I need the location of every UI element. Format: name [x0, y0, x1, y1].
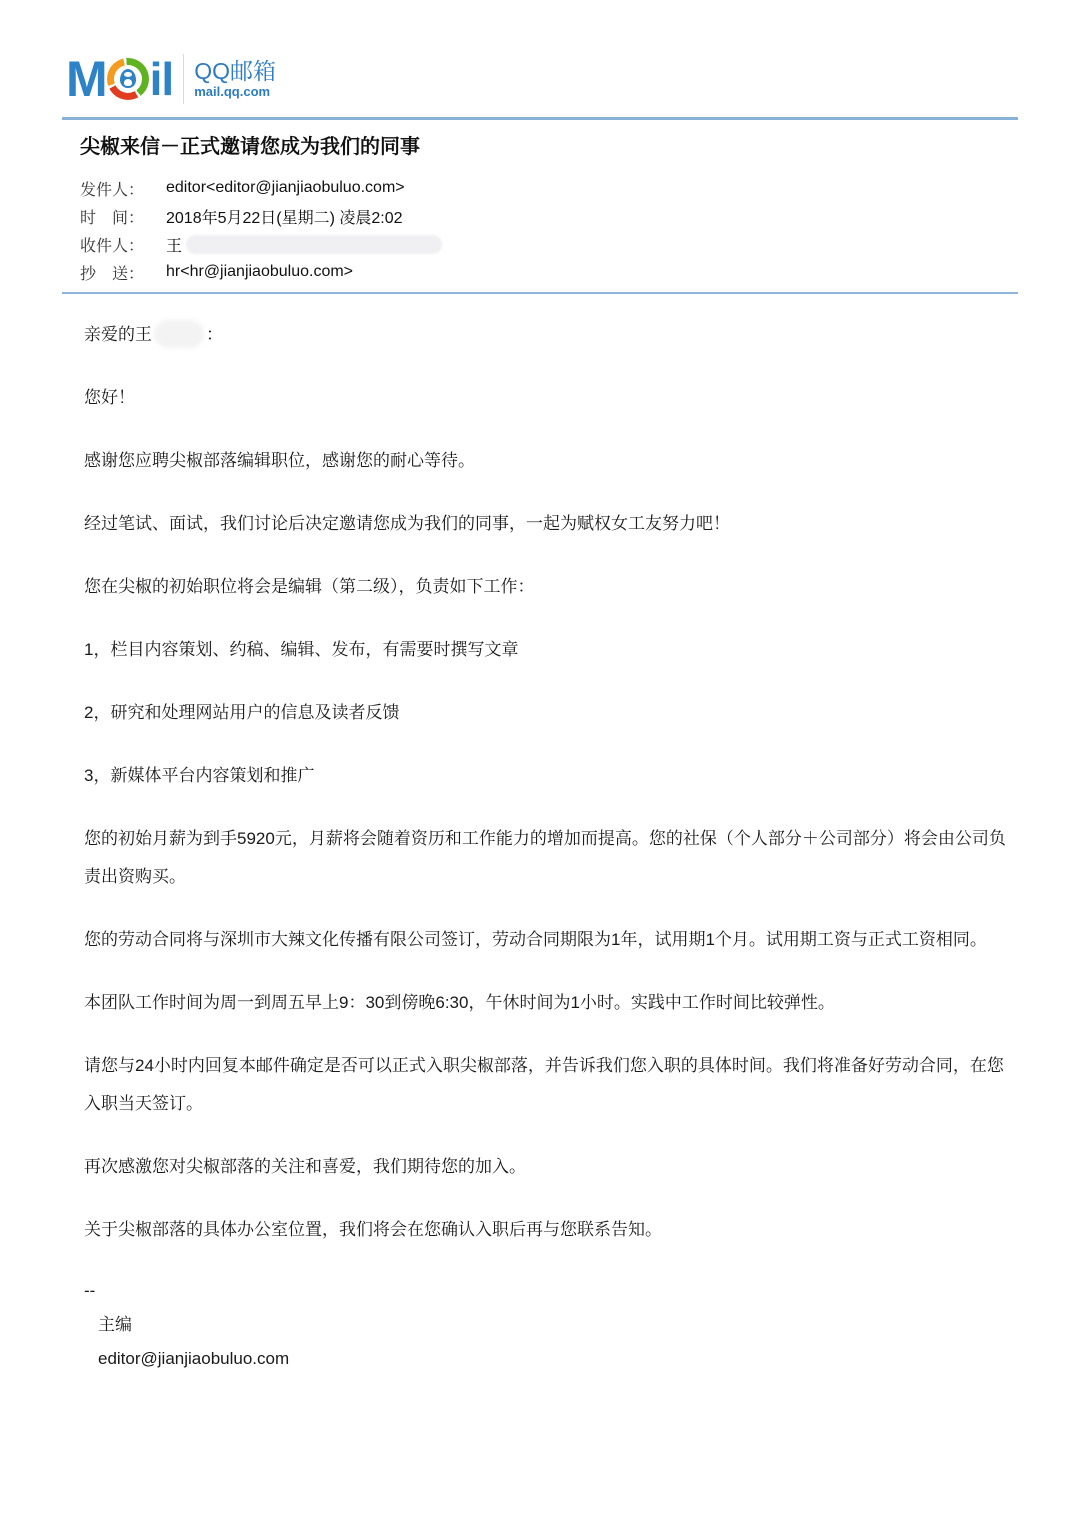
time-label: 时 间： — [80, 205, 166, 228]
meta-row-from: 发件人： editor<editor@jianjiaobuluo.com> — [80, 174, 442, 202]
cc-label: 抄 送： — [80, 261, 166, 284]
body-paragraph: 感谢您应聘尖椒部落编辑职位，感谢您的耐心等待。 — [84, 442, 1018, 480]
email-print-view: M il QQ邮箱 mail.qq.com 尖椒来信－正式邀请您成为我们的同事 … — [0, 0, 1080, 1527]
greeting-suffix: ： — [206, 325, 223, 344]
greeting-line: 亲爱的王： — [84, 316, 1018, 354]
email-subject: 尖椒来信－正式邀请您成为我们的同事 — [80, 133, 980, 161]
signature-role: 主编 — [84, 1308, 1018, 1342]
qqmail-wordmark: M il — [66, 54, 173, 104]
body-paragraph: 您在尖椒的初始职位将会是编辑（第二级），负责如下工作： — [84, 568, 1018, 606]
body-paragraph: 再次感激您对尖椒部落的关注和喜爱，我们期待您的加入。 — [84, 1148, 1018, 1186]
qq-penguin-ring-icon — [107, 58, 149, 100]
to-value: 王 — [166, 233, 182, 256]
body-paragraph: 您的劳动合同将与深圳市大辣文化传播有限公司签订，劳动合同期限为1年，试用期1个月… — [84, 921, 1018, 959]
qq-penguin-icon — [120, 69, 136, 88]
header-divider-line — [62, 117, 1018, 120]
product-url: mail.qq.com — [194, 84, 276, 100]
meta-row-cc: 抄 送： hr<hr@jianjiaobuluo.com> — [80, 258, 442, 286]
body-paragraph: 3，新媒体平台内容策划和推广 — [84, 757, 1018, 795]
qqmail-logo[interactable]: M il QQ邮箱 mail.qq.com — [66, 54, 276, 104]
email-body: 亲爱的王： 您好！ 感谢您应聘尖椒部落编辑职位，感谢您的耐心等待。 经过笔试、面… — [84, 316, 1018, 1376]
meta-divider-line — [62, 292, 1018, 294]
product-name: QQ邮箱 — [194, 58, 276, 84]
email-meta-block: 发件人： editor<editor@jianjiaobuluo.com> 时 … — [80, 174, 442, 286]
redacted-recipient-name — [186, 235, 442, 254]
body-paragraph: 2，研究和处理网站用户的信息及读者反馈 — [84, 694, 1018, 732]
greeting-prefix: 亲爱的王 — [84, 325, 152, 344]
body-paragraph: 关于尖椒部落的具体办公室位置，我们将会在您确认入职后再与您联系告知。 — [84, 1211, 1018, 1249]
from-label: 发件人： — [80, 177, 166, 200]
wordmark-letter-m: M — [66, 54, 106, 104]
signature-divider: -- — [84, 1274, 1018, 1308]
body-paragraph: 请您与24小时内回复本邮件确定是否可以正式入职尖椒部落，并告诉我们您入职的具体时… — [84, 1047, 1018, 1123]
signature-email: editor@jianjiaobuluo.com — [84, 1342, 1018, 1376]
redacted-greeting-name — [154, 320, 204, 348]
email-signature: -- 主编 editor@jianjiaobuluo.com — [84, 1274, 1018, 1376]
body-paragraph: 您的初始月薪为到手5920元，月薪将会随着资历和工作能力的增加而提高。您的社保（… — [84, 820, 1018, 896]
meta-row-time: 时 间： 2018年5月22日(星期二) 凌晨2:02 — [80, 202, 442, 230]
body-paragraph: 本团队工作时间为周一到周五早上9：30到傍晚6:30，午休时间为1小时。实践中工… — [84, 984, 1018, 1022]
to-label: 收件人： — [80, 233, 166, 256]
meta-row-to: 收件人： 王 — [80, 230, 442, 258]
time-value: 2018年5月22日(星期二) 凌晨2:02 — [166, 205, 403, 228]
from-value: editor<editor@jianjiaobuluo.com> — [166, 179, 405, 197]
body-paragraph: 1，栏目内容策划、约稿、编辑、发布，有需要时撰写文章 — [84, 631, 1018, 669]
brand-text: QQ邮箱 mail.qq.com — [183, 54, 276, 104]
wordmark-letters-il: il — [150, 56, 174, 102]
cc-value: hr<hr@jianjiaobuluo.com> — [166, 263, 353, 281]
body-paragraph: 经过笔试、面试，我们讨论后决定邀请您成为我们的同事，一起为赋权女工友努力吧！ — [84, 505, 1018, 543]
body-paragraph: 您好！ — [84, 379, 1018, 417]
